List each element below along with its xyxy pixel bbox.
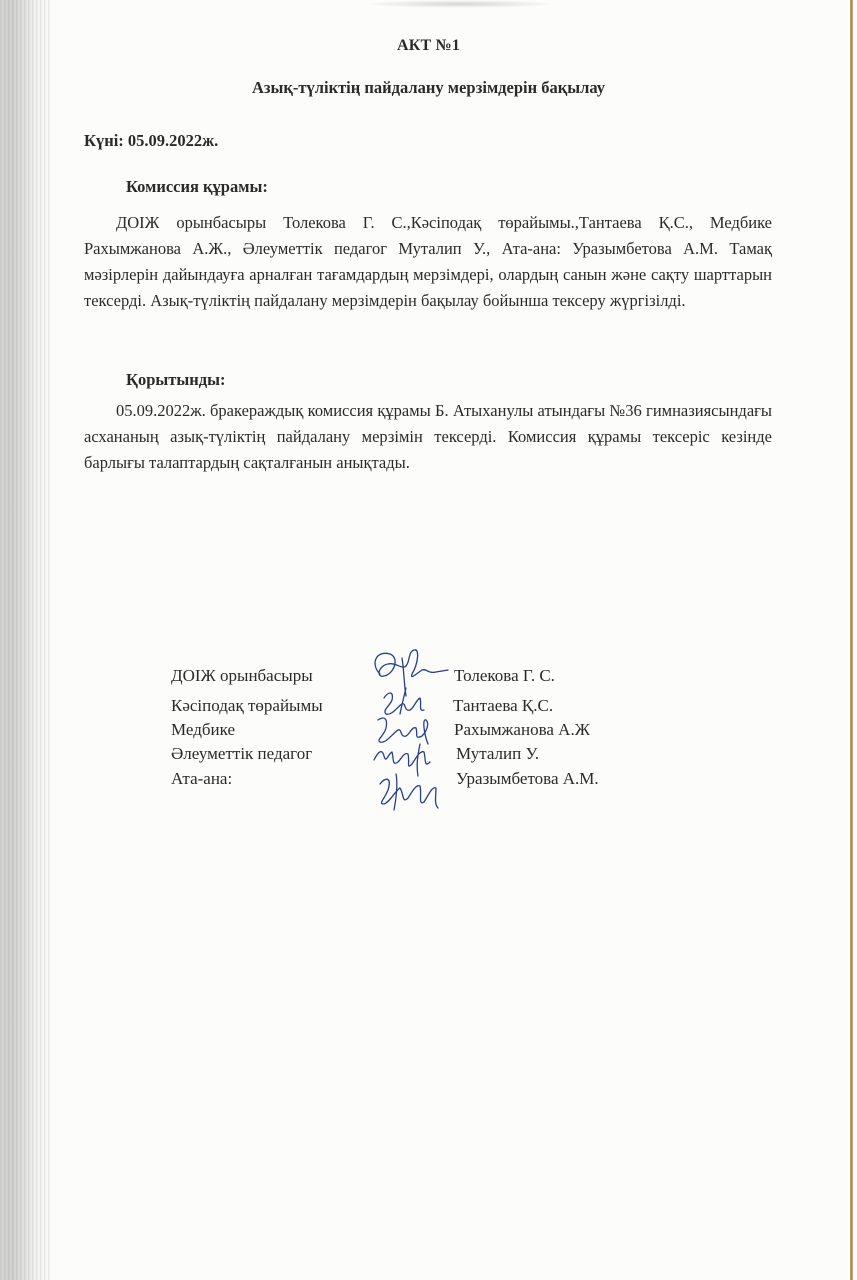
signature-role: Кәсіподақ төрайымы [171,696,323,716]
signature-role: Әлеуметтік педагог [171,744,312,764]
paper-edge [850,0,853,1280]
signature-name: Тантаева Қ.С. [453,696,553,716]
signature-role: Медбике [171,720,235,740]
date-line: Күні: 05.09.2022ж. [84,131,218,151]
signature-name: Муталип У. [456,744,539,764]
signature-name: Уразымбетова А.М. [456,769,599,789]
handwritten-signatures-icon [366,644,456,814]
scanner-shadow [0,0,50,1280]
top-smudge [360,0,560,8]
signature-name: Толекова Г. С. [454,666,555,686]
signature-role: ДОІЖ орынбасыры [171,666,313,686]
scanned-page: АКТ №1 Азық-түліктің пайдалану мерзімдер… [0,0,857,1280]
conclusion-paragraph: 05.09.2022ж. бракераждық комиссия құрамы… [84,398,772,476]
signature-role: Ата-ана: [171,769,232,789]
commission-paragraph: ДОІЖ орынбасыры Толекова Г. С.,Кәсіподақ… [84,210,772,314]
signature-block: ДОІЖ орынбасыры Толекова Г. С. Кәсіподақ… [171,666,691,826]
conclusion-heading: Қорытынды: [126,370,226,390]
document-subtitle: Азық-түліктің пайдалану мерзімдерін бақы… [0,78,857,98]
commission-heading: Комиссия құрамы: [126,177,268,197]
signature-name: Рахымжанова А.Ж [454,720,590,740]
document-title: АКТ №1 [0,37,857,55]
